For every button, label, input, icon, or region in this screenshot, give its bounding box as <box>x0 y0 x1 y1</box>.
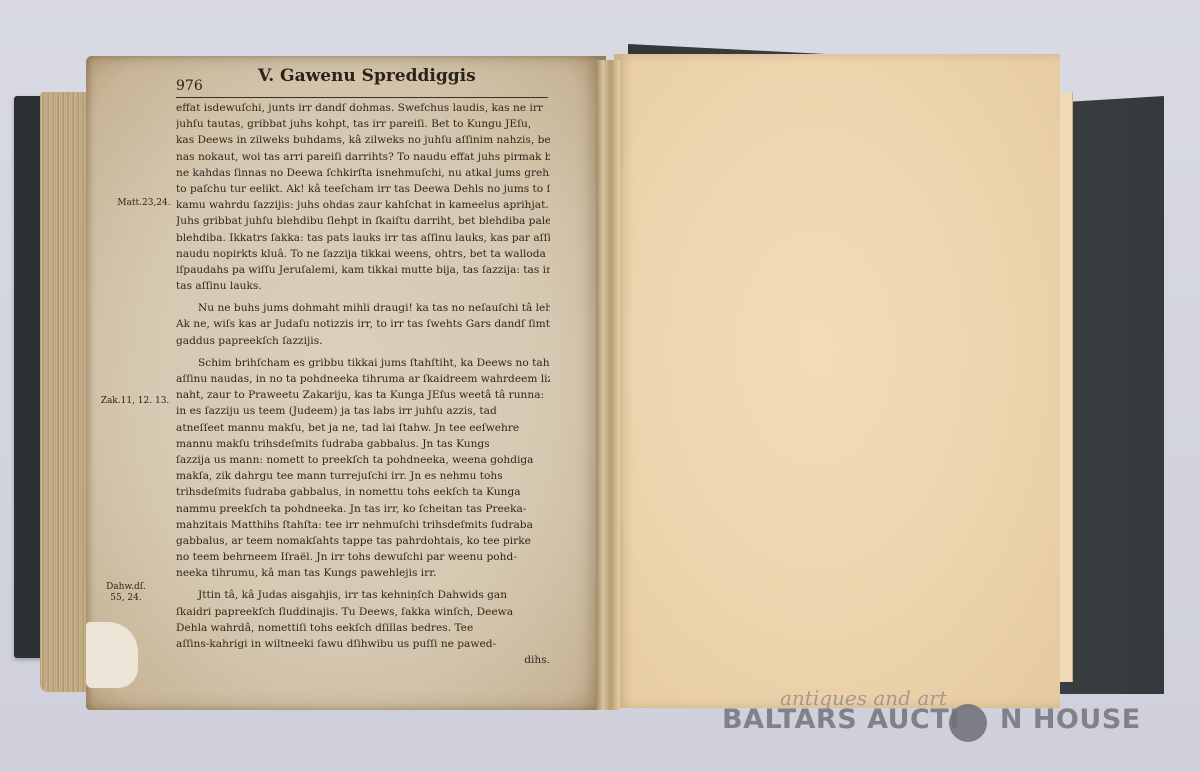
text-line: nammu preekſch ta pohdneeka. Jn tas irr,… <box>176 501 550 517</box>
text-line: kamu wahrdu ſazzijis: juhs ohdas zaur ka… <box>176 197 550 213</box>
text-line: ſkaidri papreekſch ſluddinajis. Tu Deews… <box>176 604 550 620</box>
text-line: tas aſſinu lauks. <box>176 278 550 294</box>
text-line: nas nokaut, woi tas arri pareiſi darriht… <box>176 149 550 165</box>
text-line: gaddus papreekſch ſazzijis. <box>176 333 550 349</box>
text-line: blehdiba. Ikkatrs ſakka: tas pats lauks … <box>176 230 550 246</box>
book-gutter <box>596 60 620 710</box>
text-line: Dehla wahrdâ, nomettiſi tohs eekſch dſil… <box>176 620 550 636</box>
text-line: ne kahdas ſinnas no Deewa ſchkirſta isne… <box>176 165 550 181</box>
text-line: aſſins-kahrigi in wiltneeki ſawu dſihwib… <box>176 636 550 652</box>
watermark-text-part-1: BALTARS AUCTI <box>722 704 960 735</box>
text-line: kas Deews in zilweks buhdams, kâ zilweks… <box>176 132 550 148</box>
text-line: Jttin tâ, kâ Judas aisgahjis, irr tas ke… <box>176 587 550 603</box>
text-line: mannu makſu trihsdeſmits ſudraba gabbalu… <box>176 436 550 452</box>
header-rule <box>176 97 548 98</box>
text-line: Schim brihſcham es gribbu tikkai jums ſt… <box>176 355 550 371</box>
page-number: 976 <box>176 78 203 94</box>
text-line: iſpaudahs pa wiſſu Jeruſalemi, kam tikka… <box>176 262 550 278</box>
watermark: antiques and art BALTARS AUCTIN HOUSE <box>722 700 1122 744</box>
text-line: mahzitais Matthihs ſtahſta: tee irr nehm… <box>176 517 550 533</box>
watermark-text-part-2: N HOUSE <box>1000 704 1141 735</box>
text-line: trihsdeſmits ſudraba gabbalus, in nomett… <box>176 484 550 500</box>
text-line: ſazzija us mann: nomett to preekſch ta p… <box>176 452 550 468</box>
text-line: Nu ne buhs jums dohmaht mihli draugi! ka… <box>176 300 550 316</box>
watermark-logo-icon <box>949 704 987 742</box>
torn-page-corner <box>86 622 138 688</box>
text-line: atneſſeet mannu makſu, bet ja ne, tad la… <box>176 420 550 436</box>
page-body-text: effat isdewuſchi, junts irr dandſ dohmas… <box>176 100 550 668</box>
text-line: effat isdewuſchi, junts irr dandſ dohmas… <box>176 100 550 116</box>
running-head: V. Gawenu Spreddiggis <box>258 66 476 86</box>
text-line: Juhs gribbat juhſu blehdibu ſlehpt in ſk… <box>176 213 550 229</box>
text-line: Ak ne, wiſs kas ar Judaſu notizzis irr, … <box>176 316 550 332</box>
watermark-main-text: BALTARS AUCTIN HOUSE <box>722 704 1141 735</box>
right-page-blank <box>614 54 1060 708</box>
margin-note: Zak.11, 12. 13. <box>100 396 170 407</box>
text-line: naht, zaur to Praweetu Zakariju, kas ta … <box>176 387 550 403</box>
text-line: gabbalus, ar teem nomakſahts tappe tas p… <box>176 533 550 549</box>
text-line: juhſu tautas, gribbat juhs kohpt, tas ir… <box>176 116 550 132</box>
text-line: no teem behrneem Iſraël. Jn irr tohs dew… <box>176 549 550 565</box>
text-line: aſſinu naudas, in no ta pohdneeka tihrum… <box>176 371 550 387</box>
margin-note: Matt.23,24. <box>112 198 176 209</box>
text-line: to paſchu tur eelikt. Ak! kâ teeſcham ir… <box>176 181 550 197</box>
text-line: neeka tihrumu, kâ man tas Kungs pawehlej… <box>176 565 550 581</box>
margin-note: Dahw.dſ. 55, 24. <box>98 582 154 604</box>
text-line: dihs. <box>176 652 550 668</box>
text-line: naudu nopirkts kluâ. To ne ſazzija tikka… <box>176 246 550 262</box>
text-line: in es ſazziju us teem (Judeem) ja tas la… <box>176 403 550 419</box>
text-line: makſa, zik dahrgu tee mann turrejuſchi i… <box>176 468 550 484</box>
